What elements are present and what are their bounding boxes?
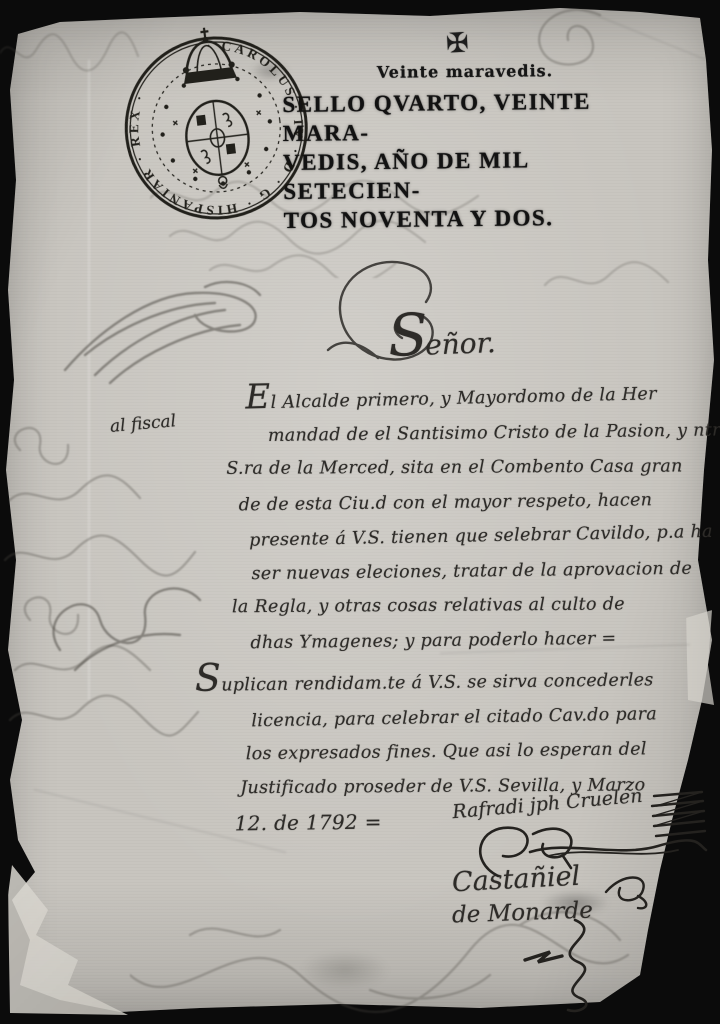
duty-line: VEDIS, AÑO DE MIL SETECIEN- — [283, 144, 656, 206]
body-line: Suplican rendidam.te á V.S. se sirva con… — [195, 655, 691, 704]
body-line: la Regla, y otras cosas relativas al cul… — [232, 587, 690, 625]
printed-cross-icon: ✠ — [445, 27, 469, 59]
crown-icon — [178, 25, 236, 84]
salutation: Señor. — [387, 298, 497, 370]
duty-line: TOS NOVENTA Y DOS. — [283, 202, 655, 235]
duty-small-line: Veinte maravedis. — [300, 61, 630, 83]
body-line: mandad de el Santisimo Cristo de la Pasi… — [268, 413, 688, 453]
duty-line: SELLO QVARTO, VEINTE MARA- — [282, 86, 655, 148]
royal-seal-stamp: · CAROLUS · IV · D · G · HISPANIAR · REX… — [107, 15, 326, 237]
petition-body: El Alcalde primero, y Mayordomo de la He… — [167, 373, 693, 842]
bleedthrough-strokes — [540, 250, 670, 310]
rubric-flourish-large — [468, 816, 588, 888]
bleedthrough-flourish — [55, 275, 275, 390]
coat-of-arms — [182, 97, 254, 192]
body-line: licencia, para celebrar el citado Cav.do… — [251, 696, 692, 738]
duty-text-block: SELLO QVARTO, VEINTE MARA- VEDIS, AÑO DE… — [282, 86, 655, 235]
signature-lower-flourish — [520, 918, 610, 1018]
signature-tail-flourish — [598, 862, 658, 912]
body-line: los expresados fines. Que asi lo esperan… — [246, 732, 692, 772]
body-line: ser nuevas eleciones, tratar de la aprov… — [251, 551, 689, 591]
body-line: dhas Ymagenes; y para poderlo hacer = — [250, 620, 690, 660]
photo-backdrop: ✠ Veinte maravedis. SELLO QVARTO, VEINTE… — [0, 0, 720, 1024]
body-line: S.ra de la Merced, sita en el Combento C… — [226, 449, 688, 486]
